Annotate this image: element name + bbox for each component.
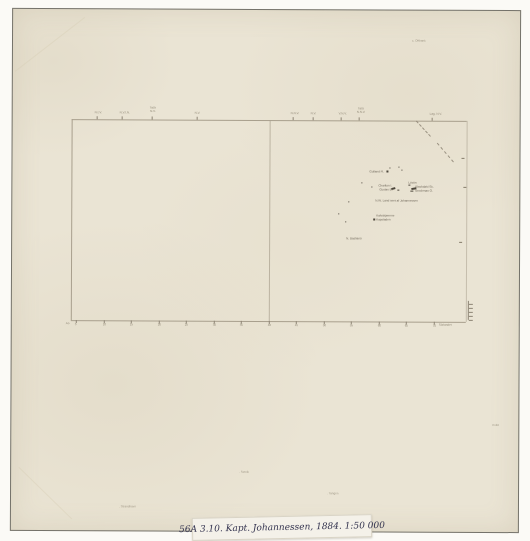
bottom-tick-label: 60 [378,324,381,327]
top-bearing-label: N.N.V. [291,112,300,115]
scan-stage: N.t.V.N.V.t.N.Tal.b N.V.N.V.N.N.V.N.V.V.… [0,0,530,541]
islet-mark [348,201,349,202]
islet-mark [361,182,362,183]
top-tick [359,117,360,120]
islet-mark [338,213,339,214]
bottom-tick-label: 40 [268,324,271,327]
frame-left [71,119,73,320]
top-bearing-label: N.V. [311,112,317,115]
chart-frame-layer: N.t.V.N.V.t.N.Tal.b N.V.N.V.N.N.V.N.V.V.… [11,9,520,532]
bottom-tick-label: 65 [405,325,408,328]
frame-corner-label: Sörlandet [439,324,452,327]
ruler-mark [469,304,473,305]
bottom-tick-label: 55 [350,324,353,327]
bottom-tick-label: 5 [75,323,77,326]
outer-place-label: c. Oftbank [412,40,426,43]
islet-mark [410,191,413,192]
bottom-tick-label: 70 [433,325,436,328]
feature-label: Gustav B. [379,188,392,191]
feature-label: Brockman Ö. [415,190,433,193]
islet-mark [386,171,388,173]
bottom-tick-label: 35 [240,324,243,327]
top-bearing-label: Tal.b N.N.V. [357,107,366,114]
outer-place-label: . Strandhavn [119,505,136,508]
map-sheet: N.t.V.N.V.t.N.Tal.b N.V.N.V.N.N.V.N.V.V.… [10,8,521,533]
top-bearing-label: N.V.t.N. [120,111,130,114]
feature-label: Blackdahl Sk. [415,186,433,189]
top-bearing-label: Lag. N.V. [430,113,442,116]
islet-mark [371,186,372,187]
top-bearing-label: N.V. [195,112,201,115]
ruler-mark [469,312,473,313]
islet-mark [389,168,390,169]
frame-corner-label: Ao [66,322,70,325]
bottom-tick-label: 15 [130,323,133,326]
ruler-mark [469,320,473,321]
top-tick [432,118,433,121]
top-bearing-label: V.N.V. [339,112,347,115]
bottom-tick-label: 30 [213,324,216,327]
feature-label: Gulland Fl. [369,170,384,173]
ruler-mark [469,316,473,317]
dashed-coastline [416,121,431,137]
feature-label: Charlton I. [378,184,392,187]
top-bearing-label: Tal.b N.V. [150,106,156,113]
bottom-tick-label: 25 [185,324,188,327]
bottom-tick-label: 20 [158,324,161,327]
top-tick [97,116,98,119]
feature-label: Kalvskjærene [376,214,394,217]
bottom-tick-label: 45 [295,324,298,327]
frame-divider [269,120,271,321]
right-border-mark [461,158,464,159]
top-tick [293,117,294,120]
frame-right [466,121,468,322]
feature-label: Kapstaden [376,218,390,221]
feature-label: Lövön [408,182,416,185]
outer-place-label: . Setvik [239,471,249,474]
top-tick [197,117,198,120]
right-edge-ruler [468,301,474,320]
top-tick [122,116,123,119]
bottom-tick-label: 10 [103,323,106,326]
islet-mark [397,190,399,191]
feature-label: N. Bastianö [346,237,362,240]
top-bearing-label: N.t.V. [95,111,102,114]
islet-mark [398,167,399,168]
islet-mark [345,221,346,222]
feature-label: N.W. Land seet af Johannessen [375,199,418,202]
caption-text: 56A 3.10. Kapt. Johannessen, 1884. 1:50 … [179,520,385,534]
caption-slip: 56A 3.10. Kapt. Johannessen, 1884. 1:50 … [192,514,372,541]
outer-place-label: . Tangen [327,492,338,495]
dashed-coastline [437,143,454,163]
top-tick [313,117,314,120]
outer-place-label: Kvitö [492,424,499,427]
top-tick [341,117,342,120]
ruler-mark [469,308,473,309]
bottom-tick-label: 50 [323,324,326,327]
islet-mark [373,218,375,220]
right-border-mark [463,187,466,188]
right-border-mark [459,242,462,243]
islet-mark [401,170,402,171]
top-tick [152,117,153,120]
